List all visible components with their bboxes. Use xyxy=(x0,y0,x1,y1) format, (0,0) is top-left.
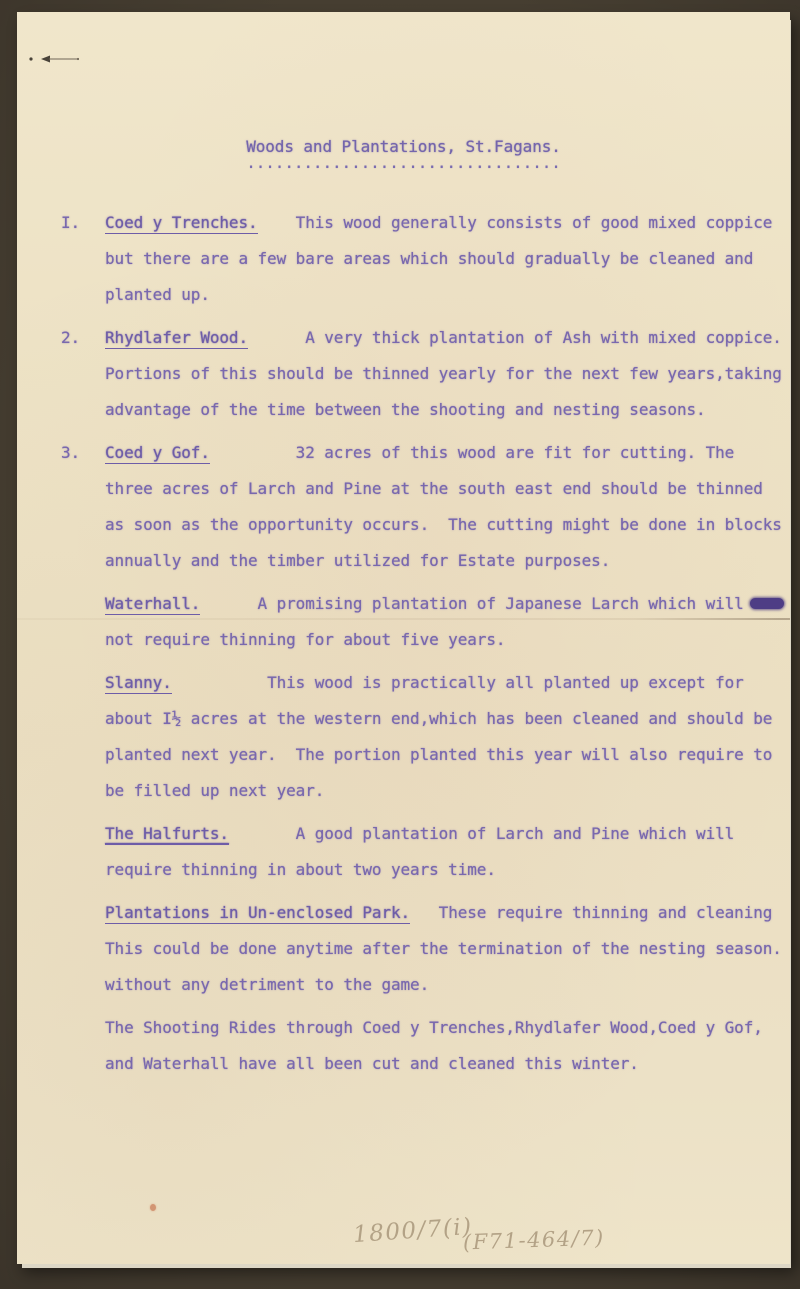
text-line: about I½ acres at the western end,which … xyxy=(105,701,790,737)
section-number: I. xyxy=(61,205,80,241)
text-line: Coed y Gof. 32 acres of this wood are fi… xyxy=(105,435,790,471)
text-line: be filled up next year. xyxy=(105,773,790,809)
text-line: three acres of Larch and Pine at the sou… xyxy=(105,471,790,507)
section-heading: Coed y Trenches. xyxy=(105,213,258,234)
document-section: The Shooting Rides through Coed y Trench… xyxy=(105,1010,790,1082)
crossed-out-word-ink-blot xyxy=(750,598,784,609)
text-line: planted next year. The portion planted t… xyxy=(105,737,790,773)
pencil-reference-number: 1800/7(i) xyxy=(352,1214,473,1248)
pen-arrow-mark xyxy=(27,52,83,66)
text-line: planted up. xyxy=(105,277,790,313)
title-dotted-underline: ................................. xyxy=(17,156,790,170)
section-heading: Rhydlafer Wood. xyxy=(105,328,248,349)
section-heading: Slanny. xyxy=(105,673,172,694)
text-line: as soon as the opportunity occurs. The c… xyxy=(105,507,790,543)
text-line: not require thinning for about five year… xyxy=(105,622,790,658)
document-page: Woods and Plantations, St.Fagans. ......… xyxy=(17,12,790,1264)
text-line: annually and the timber utilized for Est… xyxy=(105,543,790,579)
text-line: The Shooting Rides through Coed y Trench… xyxy=(105,1010,790,1046)
document-section: 2.Rhydlafer Wood. A very thick plantatio… xyxy=(105,320,790,428)
section-number: 2. xyxy=(61,320,80,356)
section-heading: The Halfurts. xyxy=(105,824,229,845)
section-first-line-text: This wood is practically all planted up … xyxy=(172,673,744,692)
section-first-line-text: A promising plantation of Japanese Larch… xyxy=(200,594,743,613)
text-line: Coed y Trenches. This wood generally con… xyxy=(105,205,790,241)
text-line: Slanny. This wood is practically all pla… xyxy=(105,665,790,701)
document-section: Plantations in Un-enclosed Park. These r… xyxy=(105,895,790,1003)
document-section: Waterhall. A promising plantation of Jap… xyxy=(105,586,790,658)
section-first-line-text: A very thick plantation of Ash with mixe… xyxy=(248,328,782,347)
section-first-line-text: These require thinning and cleaning xyxy=(410,903,772,922)
text-line: require thinning in about two years time… xyxy=(105,852,790,888)
text-line: advantage of the time between the shooti… xyxy=(105,392,790,428)
text-line: This could be done anytime after the ter… xyxy=(105,931,790,967)
text-line: but there are a few bare areas which sho… xyxy=(105,241,790,277)
document-section: Slanny. This wood is practically all pla… xyxy=(105,665,790,809)
title-block: Woods and Plantations, St.Fagans. ......… xyxy=(17,12,790,170)
document-body: I.Coed y Trenches. This wood generally c… xyxy=(105,205,790,1089)
section-heading: Waterhall. xyxy=(105,594,200,615)
document-section: The Halfurts. A good plantation of Larch… xyxy=(105,816,790,888)
section-first-line-text: 32 acres of this wood are fit for cuttin… xyxy=(210,443,734,462)
pencil-archive-number: (F71-464/7) xyxy=(463,1226,606,1255)
section-first-line-text: A good plantation of Larch and Pine whic… xyxy=(229,824,734,843)
text-line: The Halfurts. A good plantation of Larch… xyxy=(105,816,790,852)
text-line: Waterhall. A promising plantation of Jap… xyxy=(105,586,790,622)
red-ink-dot xyxy=(150,1204,156,1211)
text-line: Rhydlafer Wood. A very thick plantation … xyxy=(105,320,790,356)
document-section: 3.Coed y Gof. 32 acres of this wood are … xyxy=(105,435,790,579)
text-line: and Waterhall have all been cut and clea… xyxy=(105,1046,790,1082)
section-number: 3. xyxy=(61,435,80,471)
text-line: Plantations in Un-enclosed Park. These r… xyxy=(105,895,790,931)
document-section: I.Coed y Trenches. This wood generally c… xyxy=(105,205,790,313)
text-line: without any detriment to the game. xyxy=(105,967,790,1003)
section-first-line-text: This wood generally consists of good mix… xyxy=(258,213,773,232)
section-first-line-text: The Shooting Rides through Coed y Trench… xyxy=(105,1018,763,1037)
text-line: Portions of this should be thinned yearl… xyxy=(105,356,790,392)
section-heading: Coed y Gof. xyxy=(105,443,210,464)
section-heading: Plantations in Un-enclosed Park. xyxy=(105,903,410,924)
